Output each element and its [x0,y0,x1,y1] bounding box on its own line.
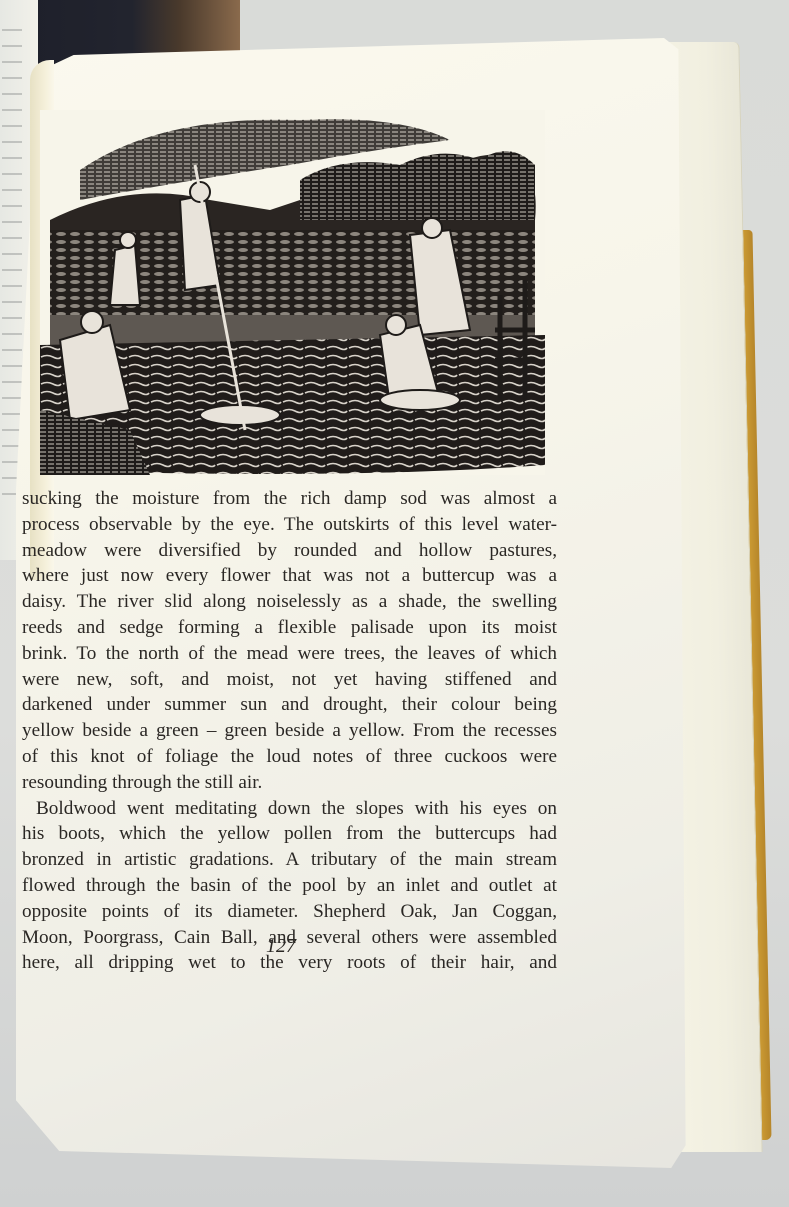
text-line: his boots, which the yellow pollen from … [22,821,557,847]
text-line: resounding through the still air. [22,770,557,796]
text-line: where just now every flower that was not… [22,563,557,589]
text-line: process observable by the eye. The outsk… [22,512,557,538]
facing-page-text [2,20,22,500]
text-line: brink. To the north of the mead were tre… [22,641,557,667]
text-line: Boldwood went meditating down the slopes… [22,796,557,822]
text-line: were new, soft, and moist, not yet havin… [22,667,557,693]
text-line: darkened under summer sun and drought, t… [22,692,557,718]
text-line: meadow were diversified by rounded and h… [22,538,557,564]
text-line: of this knot of foliage the loud notes o… [22,744,557,770]
text-line: opposite points of its diameter. Shepher… [22,899,557,925]
text-line: reeds and sedge forming a flexible palis… [22,615,557,641]
text-line: bronzed in artistic gradations. A tribut… [22,847,557,873]
text-line: sucking the moisture from the rich damp … [22,486,557,512]
text-line: flowed through the basin of the pool by … [22,873,557,899]
body-text: sucking the moisture from the rich damp … [22,486,557,976]
text-line: yellow beside a green – green beside a y… [22,718,557,744]
wood-engraving-illustration [40,110,545,475]
illustration-icon [40,110,545,475]
page-number: 127 [266,935,296,958]
text-line: daisy. The river slid along noiselessly … [22,589,557,615]
